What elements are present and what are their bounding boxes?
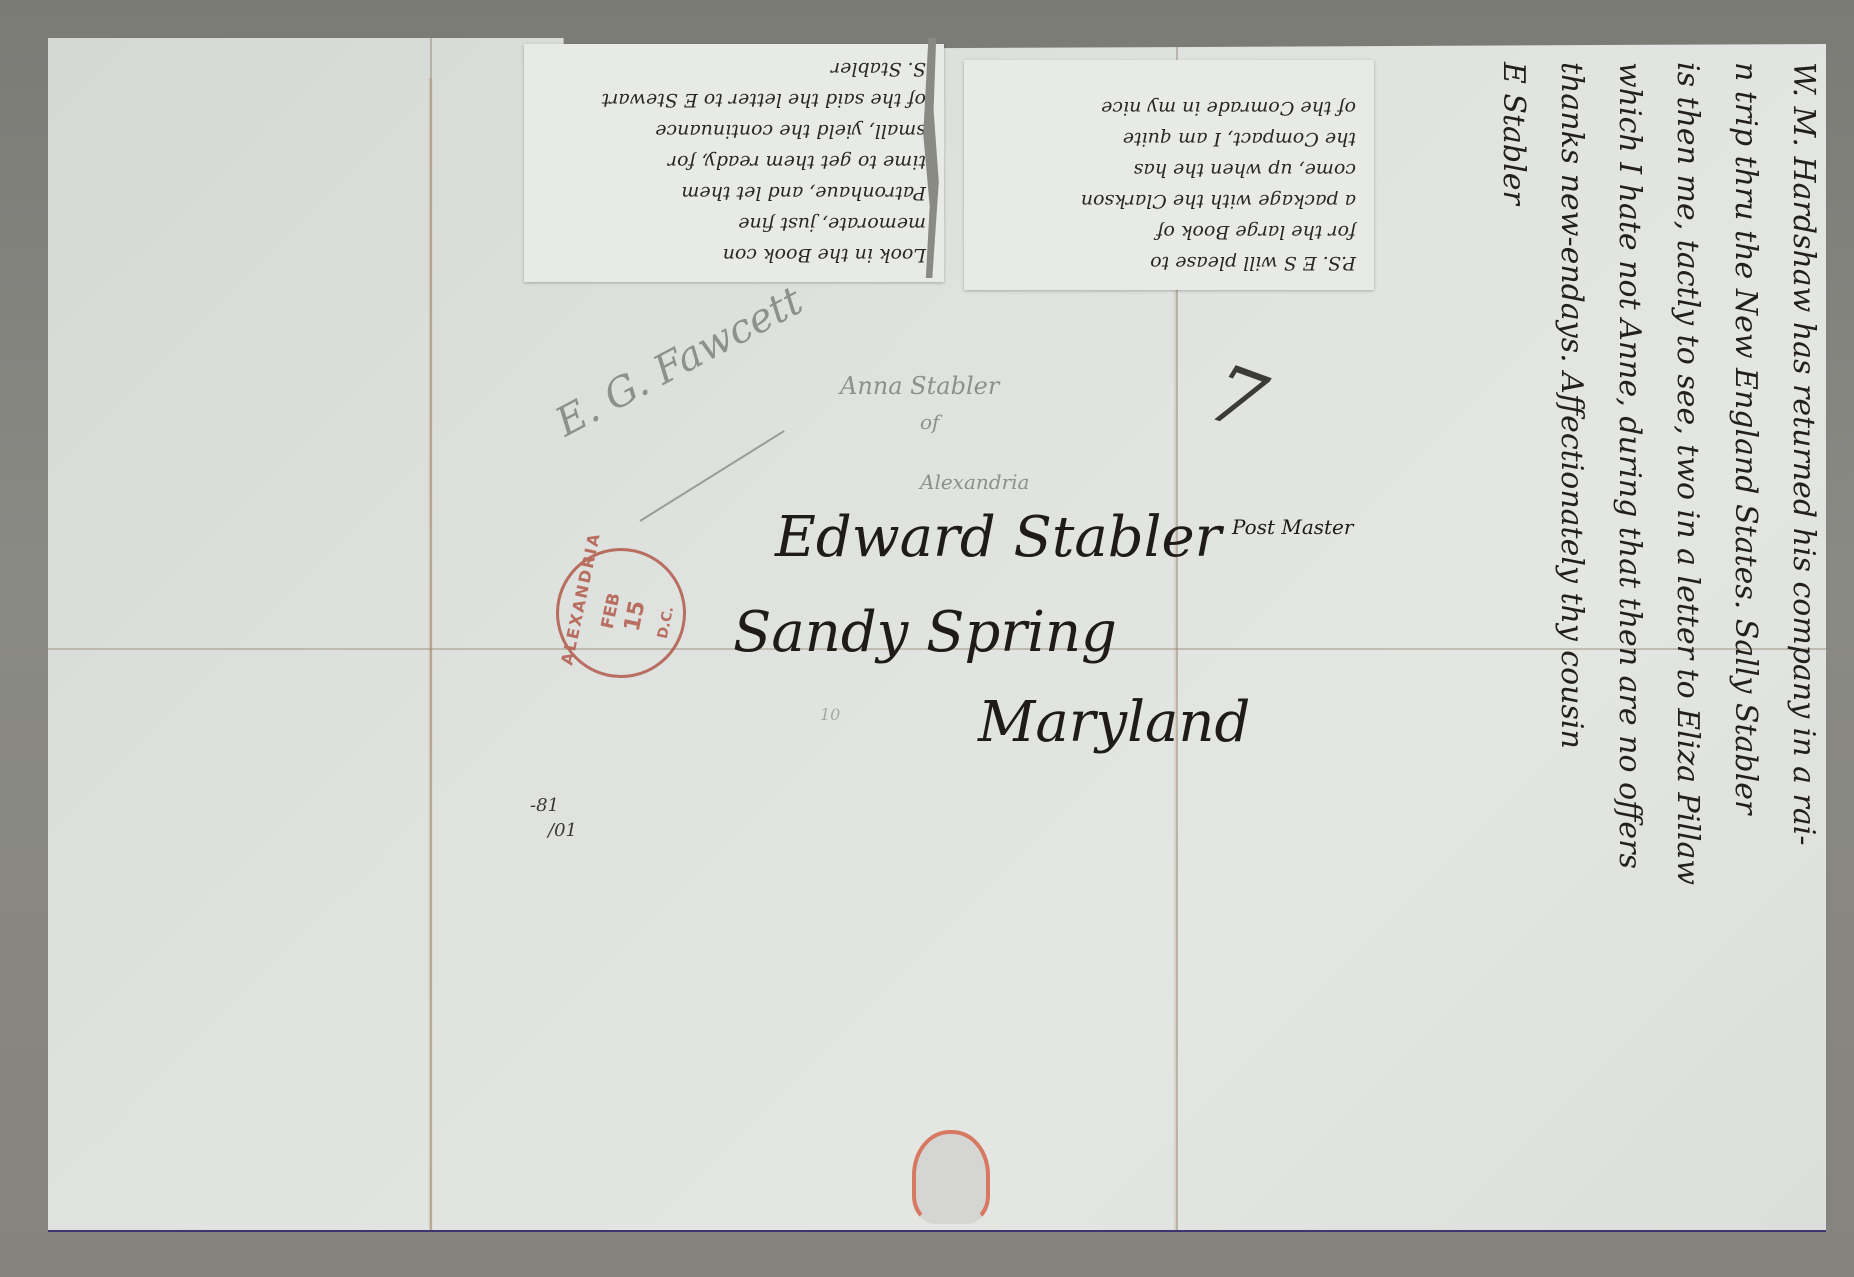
- inventory-mark: -81: [530, 795, 559, 816]
- top-right-flap: P.S. E S will please to for the large Bo…: [964, 60, 1374, 290]
- pencil-note-of: of: [920, 410, 939, 434]
- inventory-mark: /01: [548, 820, 577, 841]
- side-letter-text: W. M. Hardshaw has returned his company …: [1412, 62, 1832, 1212]
- address-town: Sandy Spring: [733, 600, 1117, 665]
- pencil-note-sender: Anna Stabler: [840, 372, 999, 400]
- top-left-flap: Look in the Book con memorate, just fine…: [524, 44, 944, 282]
- address-name: Edward Stabler: [775, 505, 1221, 570]
- right-flap-text: P.S. E S will please to for the large Bo…: [964, 60, 1374, 290]
- wax-seal-remnant: [912, 1130, 990, 1224]
- left-flap-text: Look in the Book con memorate, just fine…: [524, 44, 944, 282]
- pencil-rate-mark: 10: [820, 705, 840, 724]
- address-title: Post Master: [1232, 515, 1353, 539]
- address-state: Maryland: [978, 690, 1250, 755]
- pencil-note-place: Alexandria: [920, 470, 1029, 494]
- fold-stain: [428, 78, 433, 1230]
